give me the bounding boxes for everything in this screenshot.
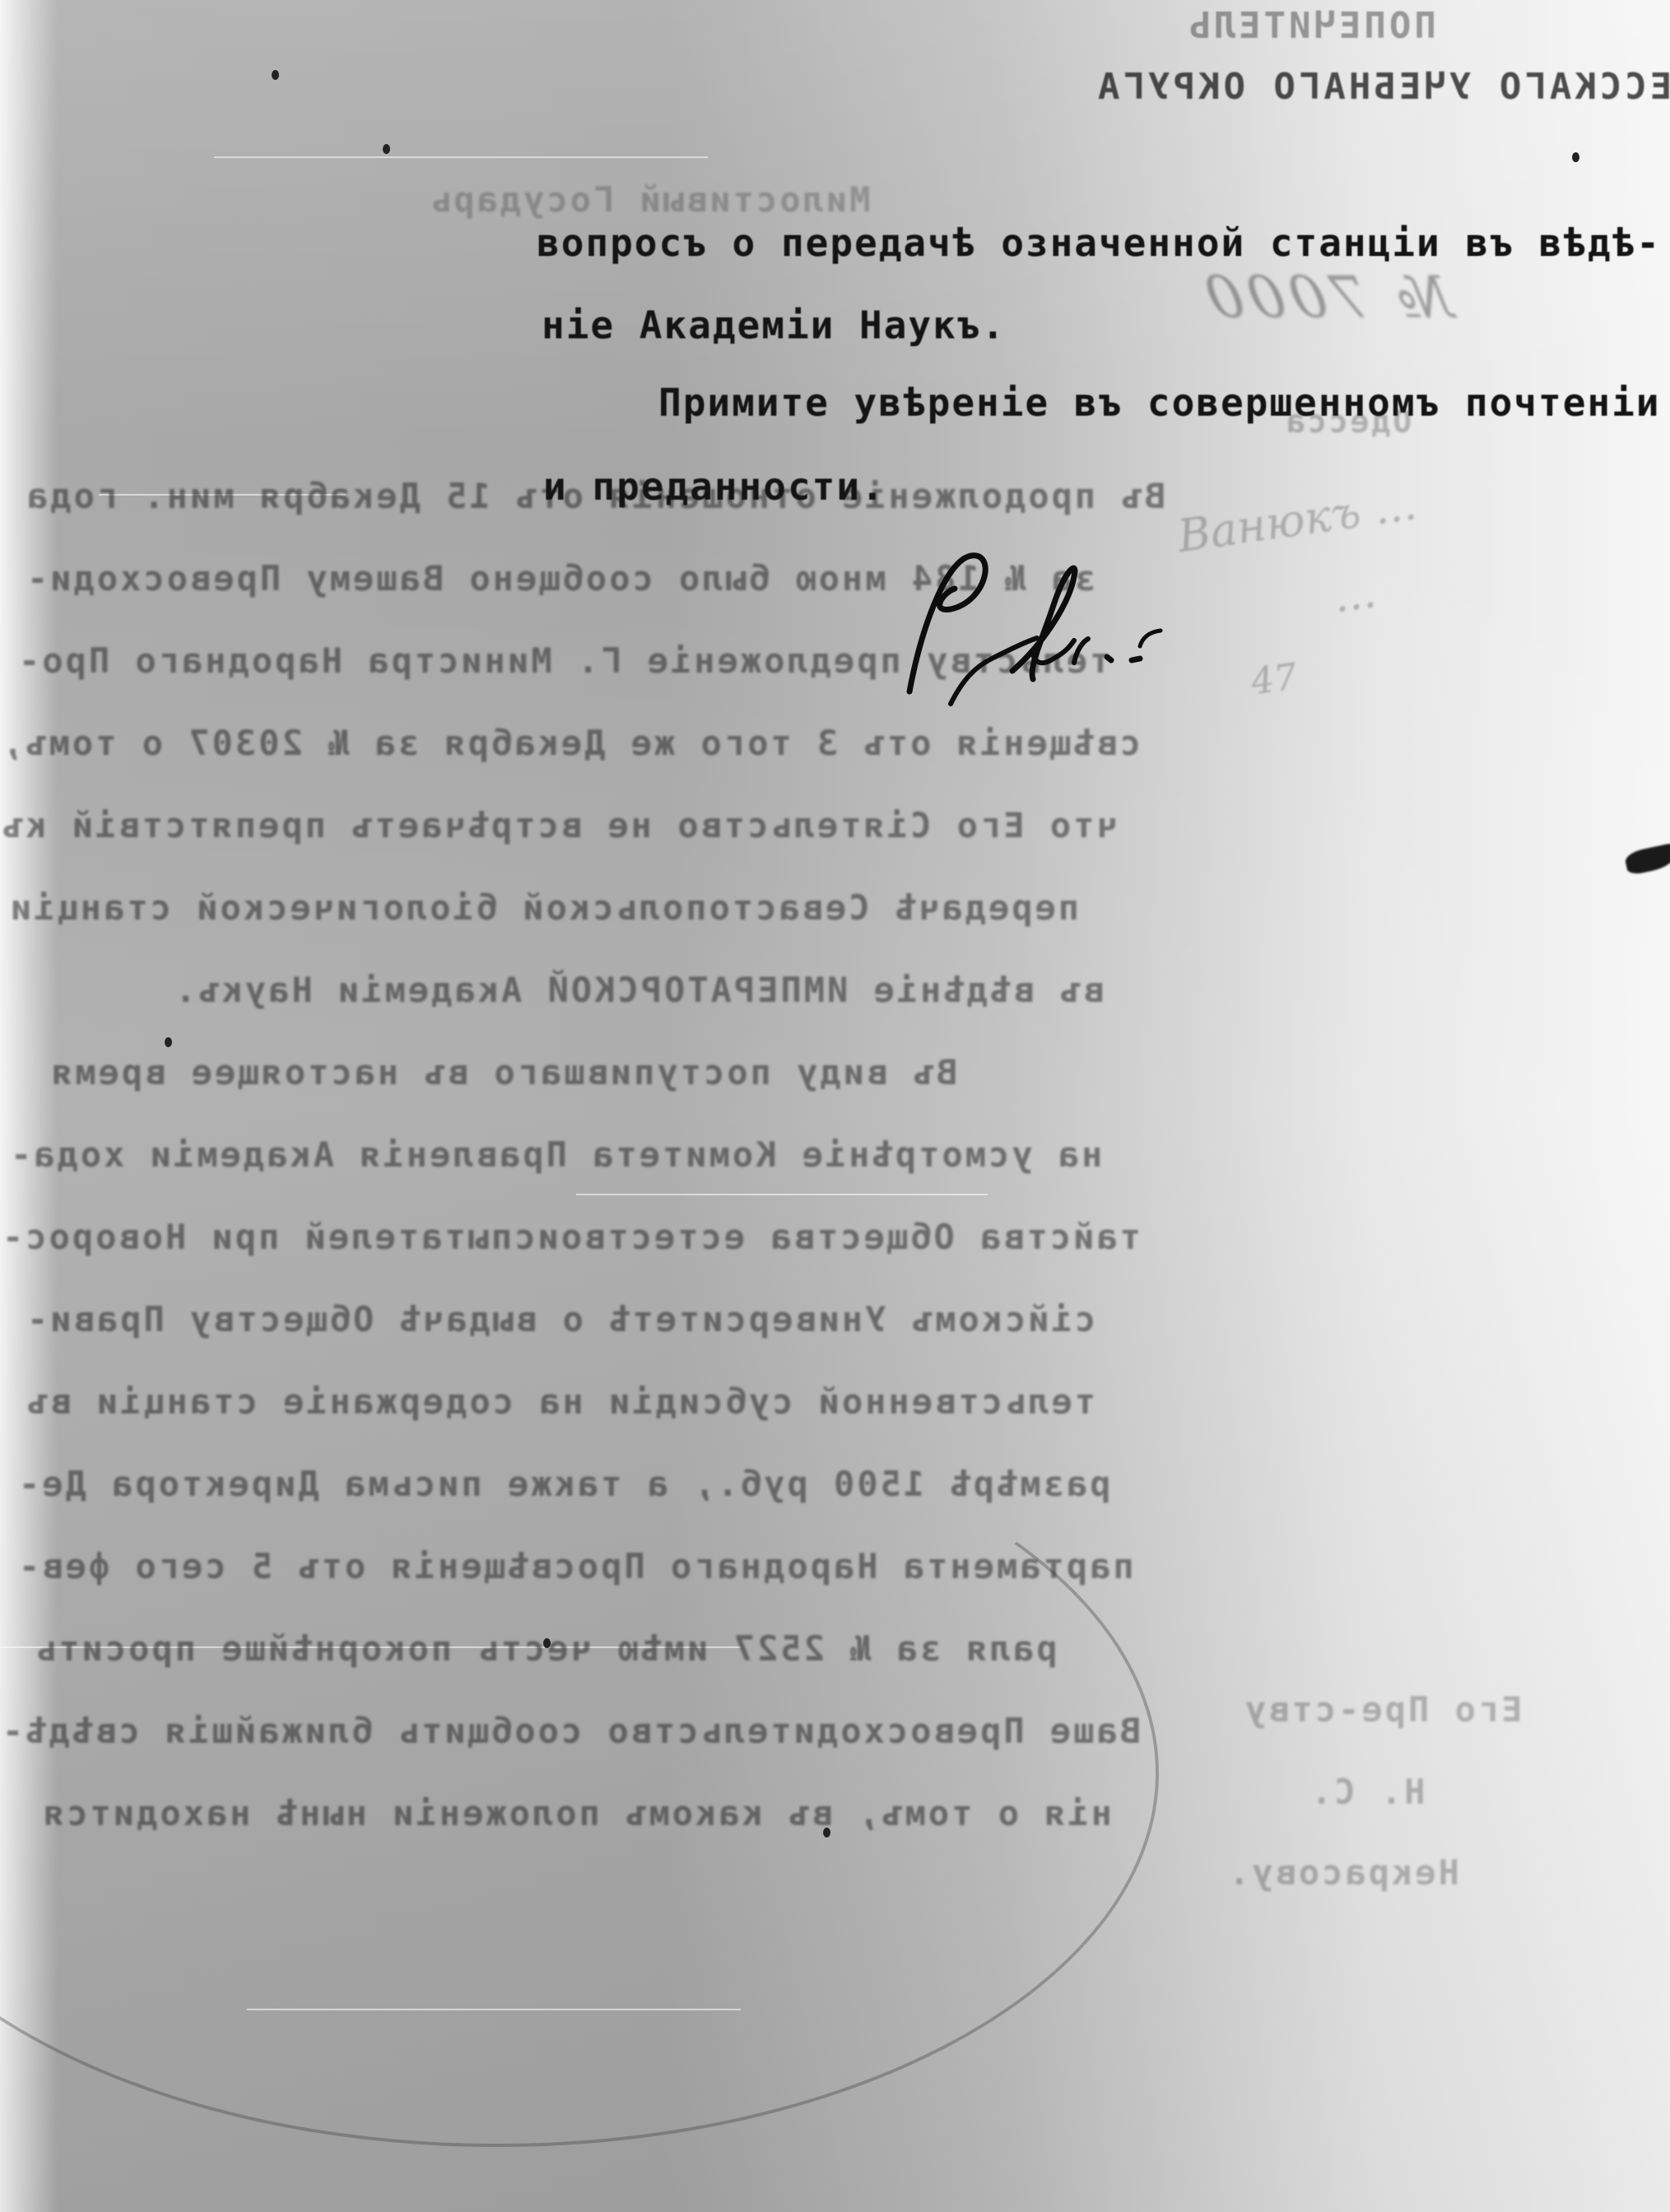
bleed-line: Въ виду поступившаго въ настоящее время [49,1052,957,1092]
bleed-line: нія о томъ, въ какомъ положеніи нынѣ нах… [41,1793,1112,1833]
bleed-line: въ вѣдѣніе ИМПЕРАТОРСКОЙ Академіи Наукъ. [173,970,1104,1010]
letterhead-district: ОДЕССКАГО УЧЕБНАГО ОКРУГА [1095,66,1670,108]
signature [872,527,1366,741]
letterhead-title: ПОПЕЧИТЕЛЬ [1185,5,1436,47]
bleed-line: Ваше Превосходительство сообщить ближайш… [0,1711,1141,1751]
typed-line-4: и преданности. [543,464,886,509]
registry-stamp: № 7000 [1194,263,1458,331]
speck [823,1828,830,1837]
document-page: ПОПЕЧИТЕЛЬ ОДЕССКАГО УЧЕБНАГО ОКРУГА Оде… [0,0,1670,2212]
speck [1572,152,1579,162]
scratch [576,1194,988,1195]
bleed-line: размѣрѣ 1500 руб., а также письма Директ… [16,1464,1110,1504]
speck [165,1037,172,1047]
speck [543,1638,551,1648]
bleed-line: что Его Сіятельство не встрѣчаетъ препят… [0,805,1118,845]
bleed-line: тельственной субсидіи на содержаніе стан… [25,1381,1096,1422]
bleed-addressee: Некрасову. [1226,1852,1459,1893]
bleed-recipient: Милостивый Государь [428,179,870,220]
scratch [214,156,708,158]
bleed-addressee: Его Пре-ству [1243,1689,1522,1730]
paper-crease [0,1399,1159,2147]
bleed-line: тайства Общества естествоиспытателей при… [0,1217,1141,1257]
typed-line-1: вопросъ о передачѣ означенной станціи въ… [537,221,1661,265]
bleed-line: передачѣ Севастопольской біологической с… [8,887,1079,928]
typed-line-2: ніе Академіи Наукъ. [542,303,1006,347]
speck [272,70,279,80]
bleed-addressee: Н. С. [1309,1772,1425,1812]
bleed-line: раля за № 2527 имѣю честь покорнѣйше про… [33,1628,1058,1669]
bleed-line: на усмотрѣніе Комитета Правленія Академі… [8,1134,1102,1175]
speck [383,144,390,154]
bleed-line: партамента Народнаго Просвѣщенія отъ 5 с… [16,1546,1134,1586]
typed-line-3: Примите увѣреніе въ совершенномъ почтені… [658,380,1660,425]
ink-blot [1624,843,1670,876]
bleed-line: сійскомъ Университетѣ о выдачѣ Обществу … [25,1299,1096,1339]
